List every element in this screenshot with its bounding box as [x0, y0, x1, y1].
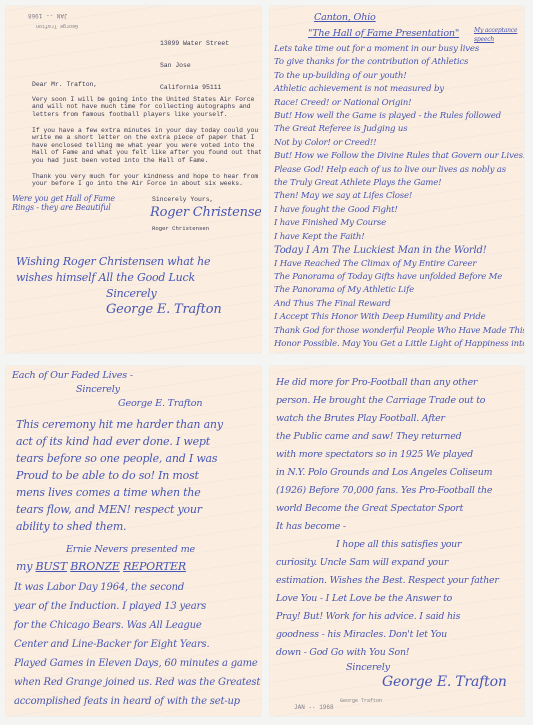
- pro-football-text: He did more for Pro-Football than any ot…: [276, 374, 499, 662]
- signature-trafton: George E. Trafton: [16, 302, 222, 318]
- speech-line: I have fought the Good Fight!: [274, 204, 524, 217]
- speech-line: Honor Possible. May You Get a Little Lig…: [274, 338, 524, 351]
- signature-roger: Roger Christensen: [150, 205, 261, 220]
- ceremony-line: ability to shed them.: [16, 518, 223, 535]
- history-text: It was Labor Day 1964, the second year o…: [14, 578, 260, 711]
- salutation: Dear Mr. Trafton,: [32, 81, 97, 88]
- history-line: year of the Induction. I played 13 years: [14, 597, 260, 616]
- reply-line: Wishing Roger Christensen what he: [16, 254, 222, 270]
- typed-name: Roger Christensen: [152, 225, 209, 232]
- letter-line: He did more for Pro-Football than any ot…: [276, 374, 499, 392]
- speech-line: I Accept This Honor With Deep Humility a…: [274, 311, 524, 324]
- reply-line: wishes himself All the Good Luck: [16, 270, 222, 286]
- speech-line: Lets take time out for a moment in our b…: [274, 43, 524, 56]
- signature-trafton: George E. Trafton: [118, 396, 202, 412]
- heading-title: "The Hall of Fame Presentation": [308, 26, 459, 42]
- letter-page-3: Each of Our Faded Lives - Sincerely Geor…: [6, 366, 261, 716]
- ceremony-line: mens lives comes a time when the: [16, 484, 223, 501]
- letter-line: world Become the Great Spectator Sport: [276, 500, 499, 518]
- speech-line: Not by Color! or Creed!!: [274, 137, 524, 150]
- speech-line: Thank God for those wonderful People Who…: [274, 325, 524, 338]
- speech-line: I have Finished My Course: [274, 217, 524, 230]
- ceremony-line: act of its kind had ever done. I wept: [16, 433, 223, 450]
- history-line: for the Chicago Bears. Was All League: [14, 616, 260, 635]
- letter-page-2: Canton, Ohio "The Hall of Fame Presentat…: [270, 6, 524, 353]
- stamp-note: George Trafton: [340, 698, 382, 705]
- margin-note-line: Rings - they are Beautiful: [12, 203, 115, 212]
- speech-line: But! How well the Game is played - the R…: [274, 110, 524, 123]
- speech-line: And Thus The Final Reward: [274, 298, 524, 311]
- paragraph-3: Thank you very much for your kindness an…: [32, 173, 258, 188]
- history-line: Played Games in Eleven Days, 60 minutes …: [14, 654, 260, 673]
- ceremony-text: This ceremony hit me harder than any act…: [16, 416, 223, 535]
- closing: Sincerely Yours,: [152, 196, 213, 203]
- speech-line: Please God! Help each of us to live our …: [274, 164, 524, 177]
- history-line: It was Labor Day 1964, the second: [14, 578, 260, 597]
- letter-line: the Public came and saw! They returned: [276, 428, 499, 446]
- margin-note-line: Were you get Hall of Fame: [12, 194, 115, 203]
- bust-word: my: [16, 560, 32, 573]
- speech-text: Lets take time out for a moment in our b…: [274, 43, 524, 351]
- speech-line: the Truly Great Athlete Plays the Game!: [274, 177, 524, 190]
- paragraph-1: Very soon I will be going into the Unite…: [32, 96, 254, 118]
- presented-line: Ernie Nevers presented me: [66, 542, 195, 558]
- stamp-note: George Trafton: [36, 22, 78, 29]
- letter-line: person. He brought the Carriage Trade ou…: [276, 392, 499, 410]
- bust-word: BRONZE: [70, 560, 119, 573]
- speech-line: I have Kept the Faith!: [274, 231, 524, 244]
- letter-line: I hope all this satisfies your: [276, 536, 499, 554]
- ceremony-line: This ceremony hit me harder than any: [16, 416, 223, 433]
- bust-word: REPORTER: [123, 560, 186, 573]
- history-line: accomplished feats in heard of with the …: [14, 692, 260, 711]
- address-line: 13099 Water Street: [160, 40, 229, 47]
- ceremony-line: Proud to be able to do so! In most: [16, 467, 223, 484]
- speech-line: Then! May we say at Lifes Close!: [274, 190, 524, 203]
- letter-line: estimation. Wishes the Best. Respect you…: [276, 572, 499, 590]
- handwritten-reply: Wishing Roger Christensen what he wishes…: [16, 254, 222, 318]
- letter-line: watch the Brutes Play Football. After: [276, 410, 499, 428]
- letter-line: It has become -: [276, 518, 499, 536]
- speech-line: Athletic achievement is not measured by: [274, 83, 524, 96]
- letter-line: Pray! But! Work for his advice. I said h…: [276, 608, 499, 626]
- history-line: Center and Line-Backer for Eight Years.: [14, 635, 260, 654]
- letter-line: goodness - his Miracles. Don't let You: [276, 626, 499, 644]
- letter-line: in N.Y. Polo Grounds and Los Angeles Col…: [276, 464, 499, 482]
- speech-line: I Have Reached The Climax of My Entire C…: [274, 258, 524, 271]
- letter-line: curiosity. Uncle Sam will expand your: [276, 554, 499, 572]
- speech-line: The Panorama of My Athletic Life: [274, 284, 524, 297]
- date-stamp: JAN -- 1968: [294, 704, 334, 711]
- ceremony-line: tears before so one people, and I was: [16, 450, 223, 467]
- speech-line: The Great Referee is Judging us: [274, 123, 524, 136]
- sender-address: 13099 Water Street San Jose California 9…: [160, 25, 229, 106]
- letter-page-1: JAN -- 1968 George Trafton 13099 Water S…: [6, 6, 261, 353]
- margin-note: Were you get Hall of Fame Rings - they a…: [12, 194, 115, 212]
- bust-line: my BUST BRONZE REPORTER: [16, 559, 186, 575]
- page-heading: Canton, Ohio "The Hall of Fame Presentat…: [314, 10, 459, 42]
- heading-location: Canton, Ohio: [314, 10, 459, 26]
- letter-line: with more spectators so in 1925 We playe…: [276, 446, 499, 464]
- speech-line: The Panorama of Today Gifts have unfolde…: [274, 271, 524, 284]
- bust-word: BUST: [36, 560, 67, 573]
- signature-trafton: George E. Trafton: [382, 674, 507, 690]
- side-note: My acceptance speech: [474, 26, 518, 44]
- history-line: when Red Grange joined us. Red was the G…: [14, 673, 260, 692]
- letter-line: (1926) Before 70,000 fans. Yes Pro-Footb…: [276, 482, 499, 500]
- address-line: San Jose: [160, 62, 229, 69]
- speech-line: To give thanks for the contribution of A…: [274, 56, 524, 69]
- paragraph-2: If you have a few extra minutes in your …: [32, 127, 261, 164]
- speech-line: Today I Am The Luckiest Man in the World…: [274, 244, 524, 257]
- speech-line: Race! Creed! or National Origin!: [274, 97, 524, 110]
- speech-line: To the up-building of our youth!: [274, 70, 524, 83]
- letter-line: Love You - I Let Love be the Answer to: [276, 590, 499, 608]
- speech-line: But! How we Follow the Divine Rules that…: [274, 150, 524, 163]
- reply-closing: Sincerely: [16, 286, 222, 302]
- sincerely: Sincerely: [76, 382, 120, 398]
- date-stamp: JAN -- 1968: [28, 12, 68, 19]
- address-line: California 95111: [160, 84, 229, 91]
- ceremony-line: tears flow, and MEN! respect your: [16, 501, 223, 518]
- letter-page-4: He did more for Pro-Football than any ot…: [270, 366, 524, 716]
